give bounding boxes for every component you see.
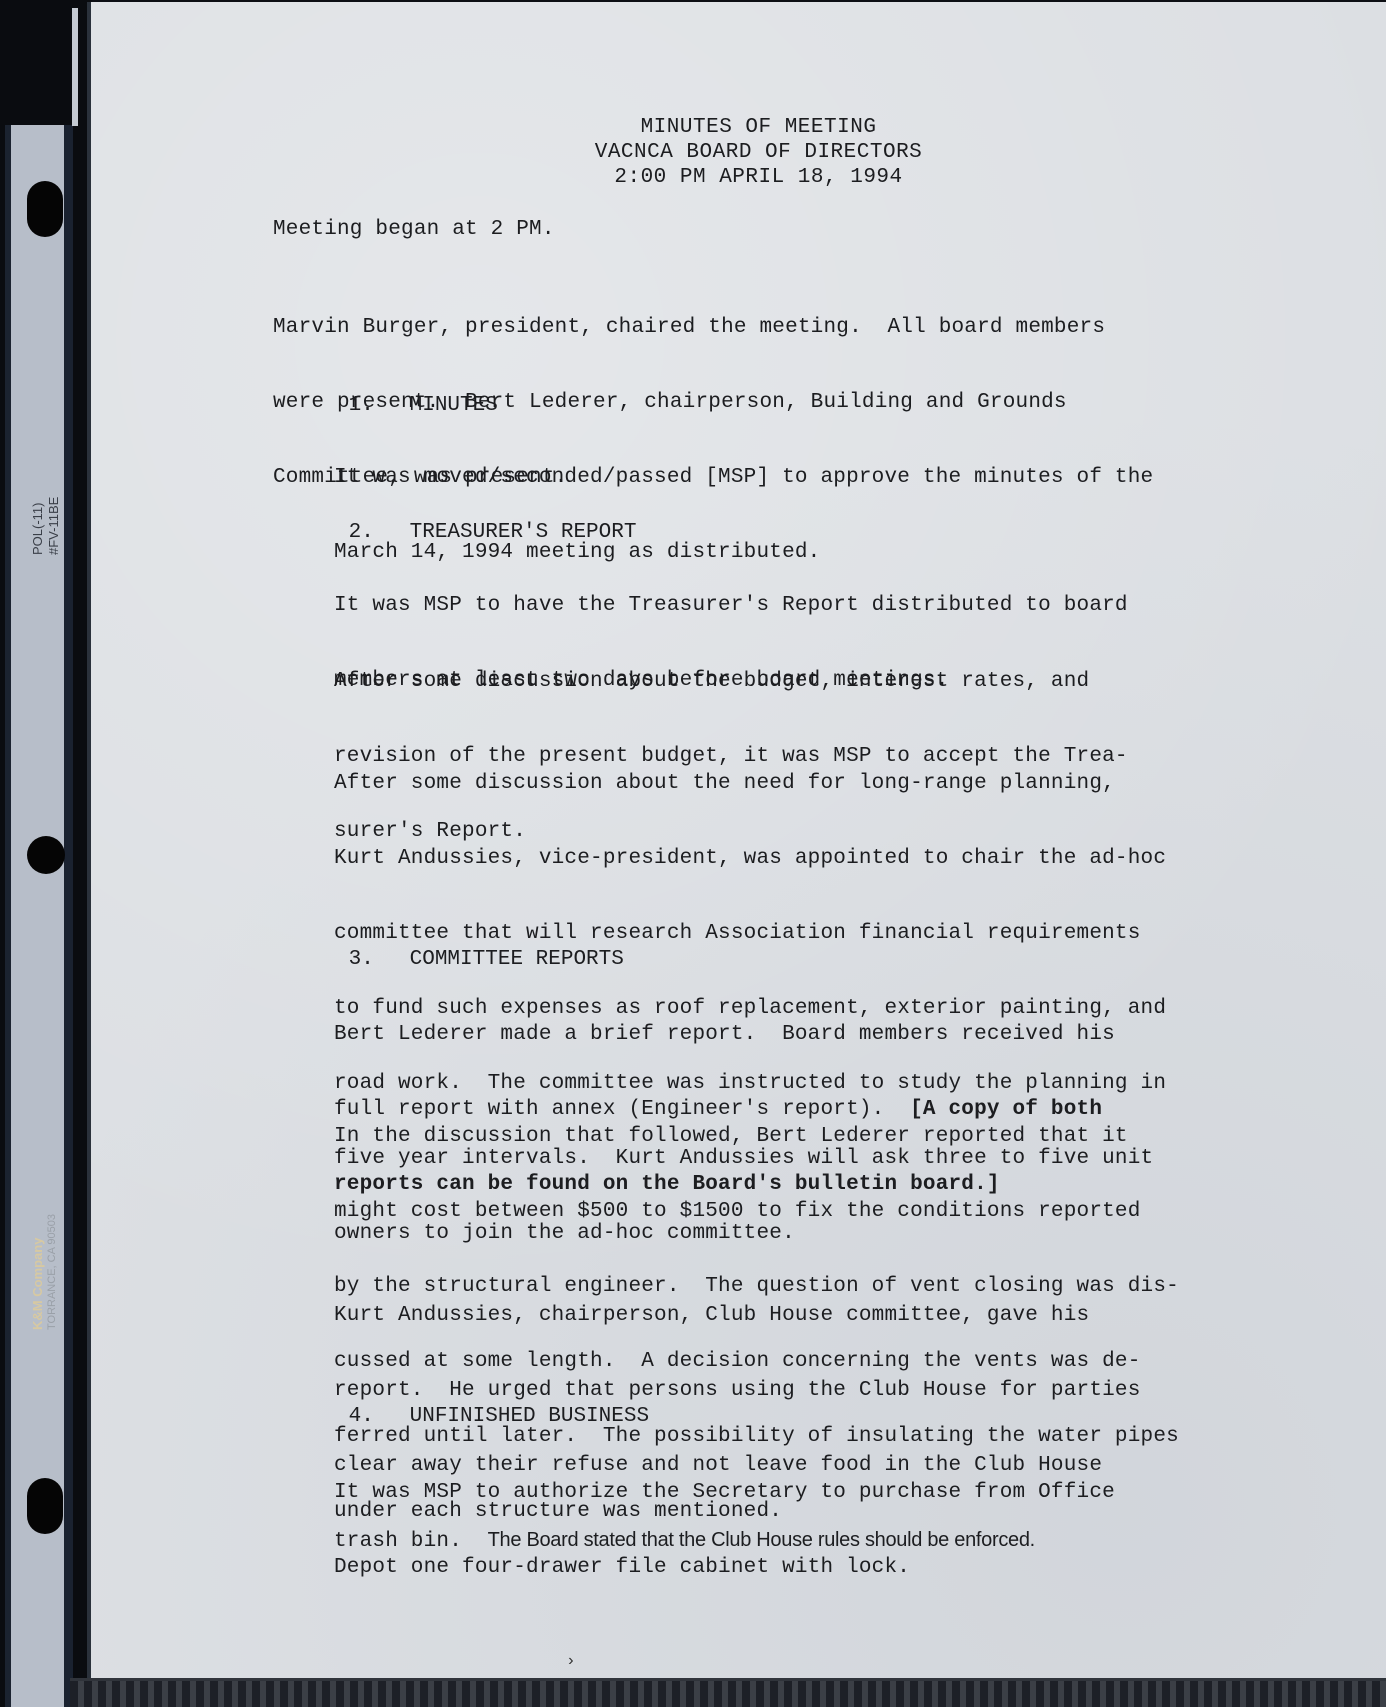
text-line: It was MSP to authorize the Secretary to… xyxy=(334,1480,1115,1505)
sheet-protector-bottom-edge xyxy=(70,1678,1386,1707)
text-line: In the discussion that followed, Bert Le… xyxy=(334,1124,1179,1149)
binder-sheet-protector: POL(-11) #FV-11BE K&M Company TORRANCE, … xyxy=(0,0,92,1707)
handwritten-line: #FV-11BE xyxy=(46,497,62,555)
section-number: 3. xyxy=(349,947,410,972)
binder-notch xyxy=(72,8,78,126)
unfinished-business-paragraph: It was MSP to authorize the Secretary to… xyxy=(334,1430,1115,1630)
text-line: might cost between $500 to $1500 to fix … xyxy=(334,1199,1179,1224)
binder-strip xyxy=(5,125,73,1707)
text-line: It was MSP to have the Treasurer's Repor… xyxy=(334,593,1128,618)
opening-line: Meeting began at 2 PM. xyxy=(273,217,555,242)
text-line: Depot one four-drawer file cabinet with … xyxy=(334,1555,1115,1580)
title-line: VACNCA BOARD OF DIRECTORS xyxy=(131,140,1386,165)
title-date-line: 2:00 PM APRIL 18, 1994 xyxy=(131,165,1386,190)
text-line: Kurt Andussies, vice-president, was appo… xyxy=(334,846,1166,871)
manufacturer-stamp: K&M Company TORRANCE, CA 90503 xyxy=(30,1214,60,1330)
section-title: COMMITTEE REPORTS xyxy=(410,948,624,971)
section-title: MINUTES xyxy=(410,394,498,417)
stamp-name: K&M Company xyxy=(30,1238,45,1330)
text-line: It was moved/seconded/passed [MSP] to ap… xyxy=(334,465,1153,490)
section-title: TREASURER'S REPORT xyxy=(410,521,637,544)
binder-hole-icon xyxy=(27,836,65,874)
stamp-location: TORRANCE, CA 90503 xyxy=(45,1214,60,1330)
binder-hole-icon xyxy=(27,181,63,237)
binder-hole-icon xyxy=(27,1478,63,1534)
section-number: 2. xyxy=(349,520,410,545)
text-line: Kurt Andussies, chairperson, Club House … xyxy=(334,1303,1141,1328)
text-line: After some discussion about the budget, … xyxy=(334,669,1128,694)
page-mark: › xyxy=(566,1652,576,1670)
text-line: Bert Lederer made a brief report. Board … xyxy=(334,1022,1115,1047)
text-line: After some discussion about the need for… xyxy=(334,771,1166,796)
document-title: MINUTES OF MEETING VACNCA BOARD OF DIREC… xyxy=(91,115,1386,190)
document-page: MINUTES OF MEETING VACNCA BOARD OF DIREC… xyxy=(87,2,1386,1680)
handwritten-line: POL(-11) xyxy=(30,497,46,555)
minutes-document: MINUTES OF MEETING VACNCA BOARD OF DIREC… xyxy=(91,2,1386,1680)
title-line: MINUTES OF MEETING xyxy=(131,115,1386,140)
text-line: Marvin Burger, president, chaired the me… xyxy=(273,315,1105,340)
section-title: UNFINISHED BUSINESS xyxy=(410,1405,649,1428)
section-number: 4. xyxy=(349,1404,410,1429)
handwritten-margin-note: POL(-11) #FV-11BE xyxy=(30,497,62,555)
